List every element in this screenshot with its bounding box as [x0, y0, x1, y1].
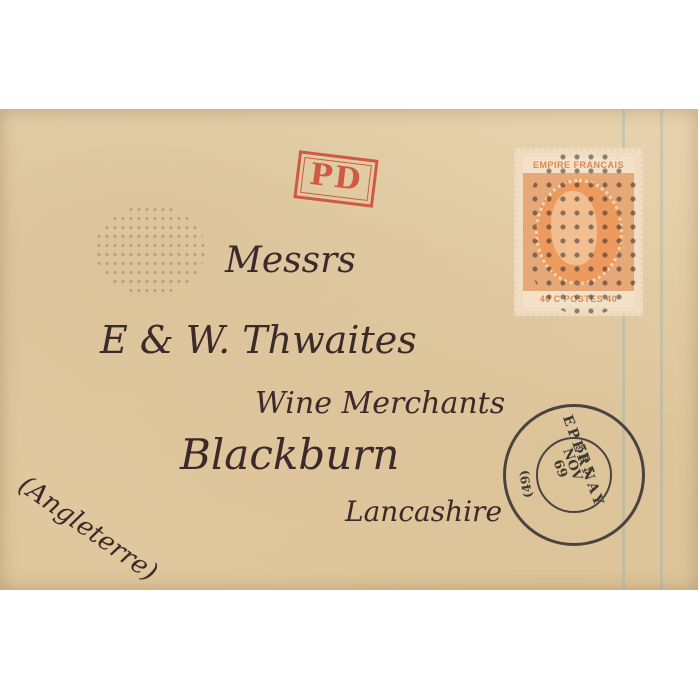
address-line-3: Wine Merchants: [255, 386, 505, 421]
address-line-5: Lancashire: [345, 495, 502, 528]
address-line-1: Messrs: [225, 240, 356, 281]
paper-rule-line: [660, 109, 663, 590]
epernay-postmark: EPERNAY 5E 5 NOV 69 (49): [503, 404, 645, 546]
ink-smudge: [95, 205, 205, 295]
postmark-dept-number: (49): [517, 469, 536, 499]
address-line-2: E & W. Thwaites: [100, 318, 417, 362]
pd-handstamp: PD: [293, 150, 378, 207]
address-line-4: Blackburn: [180, 430, 399, 479]
